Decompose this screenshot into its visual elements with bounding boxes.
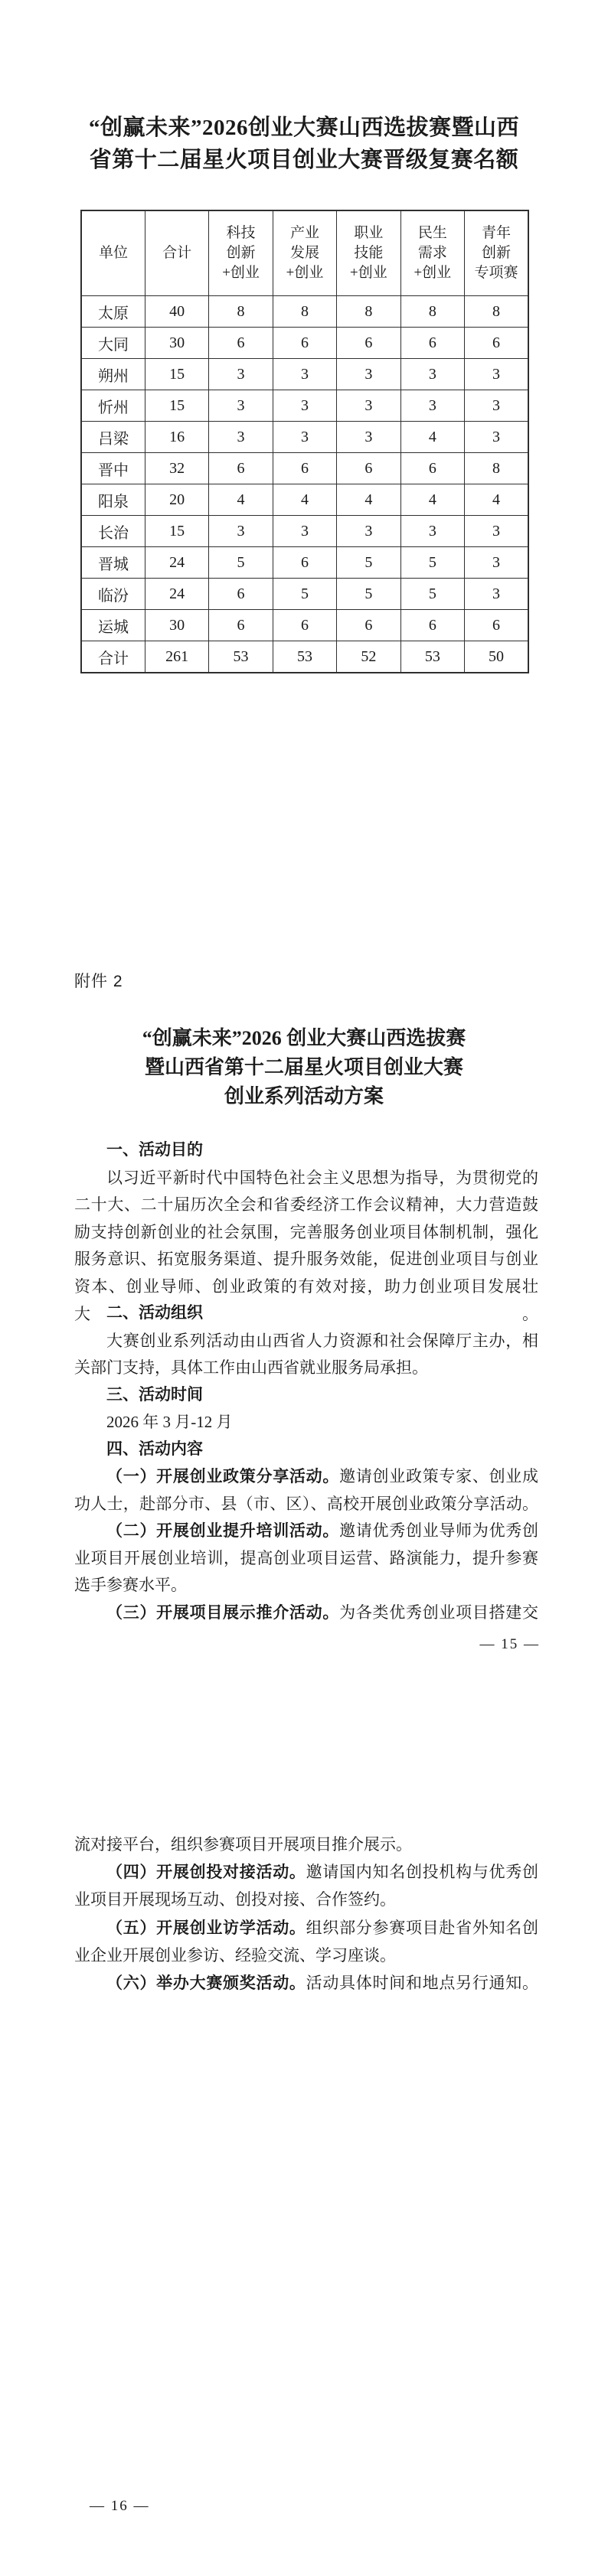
paragraph-text: 业企业开展创业参访、经验交流、学习座谈。 — [74, 1946, 396, 1965]
table-row: 忻州1533333 — [81, 390, 528, 422]
section-heading: 一、活动目的 — [74, 1136, 538, 1164]
table-row: 吕梁1633343 — [81, 422, 528, 453]
table-cell: 6 — [400, 328, 464, 359]
page-number-16: — 16 — — [90, 2498, 150, 2515]
table-cell: 5 — [400, 579, 464, 610]
table-cell: 大同 — [81, 328, 145, 359]
table-cell: 8 — [337, 296, 400, 328]
table-cell: 3 — [465, 516, 528, 547]
table-cell: 4 — [400, 422, 464, 453]
table-cell: 3 — [337, 422, 400, 453]
table-row: 长治1533333 — [81, 516, 528, 547]
table-cell: 长治 — [81, 516, 145, 547]
table-cell: 24 — [145, 547, 208, 579]
table-header-cell: 产业 发展 +创业 — [273, 210, 336, 296]
table-cell: 5 — [337, 547, 400, 579]
table-header-cell: 科技 创新 +创业 — [209, 210, 273, 296]
table-cell: 30 — [145, 328, 208, 359]
table-row: 大同3066666 — [81, 328, 528, 359]
table-cell: 5 — [209, 547, 273, 579]
attachment1-title-line2: 省第十二届星火项目创业大赛晋级复赛名额 — [0, 144, 608, 176]
table-cell: 太原 — [81, 296, 145, 328]
paragraph-lead-bold: （二）开展创业提升培训活动。 — [106, 1521, 339, 1540]
table-cell: 吕梁 — [81, 422, 145, 453]
body-line: 二十大、二十届历次全会和省委经济工作会议精神，大力营造鼓 — [74, 1191, 538, 1218]
table-cell: 3 — [273, 359, 336, 390]
table-cell: 8 — [465, 296, 528, 328]
table-cell: 3 — [400, 516, 464, 547]
body-line: 业项目开展创业培训，提高创业项目运营、路演能力，提升参赛 — [74, 1544, 538, 1572]
table-cell: 50 — [465, 641, 528, 673]
attachment2-title: “创赢未来”2026 创业大赛山西选拔赛 暨山西省第十二届星火项目创业大赛 创业… — [0, 1024, 608, 1111]
table-cell: 16 — [145, 422, 208, 453]
paragraph-text: 活动具体时间和地点另行通知。 — [306, 1974, 538, 1992]
body-line: （四）开展创投对接活动。邀请国内知名创投机构与优秀创 — [74, 1858, 538, 1886]
table-header-row: 单位合计科技 创新 +创业产业 发展 +创业职业 技能 +创业民生 需求 +创业… — [81, 210, 528, 296]
table-cell: 6 — [465, 328, 528, 359]
paragraph-text: 服务意识、拓宽服务渠道、提升服务效能，促进创业项目与创业 — [74, 1250, 538, 1268]
paragraph-text: 以习近平新时代中国特色社会主义思想为指导，为贯彻党的 — [106, 1169, 538, 1187]
table-cell: 52 — [337, 641, 400, 673]
table-row: 临汾2465553 — [81, 579, 528, 610]
quota-table-body: 太原4088888大同3066666朔州1533333忻州1533333吕梁16… — [81, 296, 528, 673]
paragraph-text: 选手参赛水平。 — [74, 1576, 187, 1594]
body-line: 资本、创业导师、创业政策的有效对接，助力创业项目发展壮大。 — [74, 1273, 538, 1300]
table-cell: 30 — [145, 610, 208, 641]
table-cell: 15 — [145, 359, 208, 390]
table-cell: 3 — [337, 516, 400, 547]
attachment2-title-line3: 创业系列活动方案 — [0, 1082, 608, 1111]
attachment2-title-line2: 暨山西省第十二届星火项目创业大赛 — [0, 1053, 608, 1082]
table-cell: 40 — [145, 296, 208, 328]
table-cell: 8 — [273, 296, 336, 328]
table-cell: 4 — [400, 484, 464, 516]
table-cell: 6 — [273, 547, 336, 579]
table-cell: 5 — [273, 579, 336, 610]
body-line: 业项目开展现场互动、创投对接、合作签约。 — [74, 1886, 538, 1913]
table-cell: 晋中 — [81, 453, 145, 484]
table-cell: 3 — [209, 422, 273, 453]
body-line: （五）开展创业访学活动。组织部分参赛项目赴省外知名创 — [74, 1914, 538, 1942]
paragraph-text: 关部门支持，具体工作由山西省就业服务局承担。 — [74, 1358, 428, 1377]
table-cell: 6 — [273, 453, 336, 484]
table-cell: 6 — [400, 453, 464, 484]
table-header-cell: 合计 — [145, 210, 208, 296]
paragraph-text: 邀请国内知名创投机构与优秀创 — [306, 1863, 538, 1881]
table-cell: 合计 — [81, 641, 145, 673]
table-cell: 53 — [273, 641, 336, 673]
table-cell: 3 — [209, 359, 273, 390]
table-header-cell: 民生 需求 +创业 — [400, 210, 464, 296]
table-cell: 3 — [400, 390, 464, 422]
table-cell: 6 — [400, 610, 464, 641]
table-header-cell: 职业 技能 +创业 — [337, 210, 400, 296]
paragraph-text: 流对接平台，组织参赛项目开展项目推介展示。 — [74, 1835, 412, 1854]
table-header-cell: 青年 创新 专项赛 — [465, 210, 528, 296]
table-cell: 3 — [465, 359, 528, 390]
paragraph-text: 业项目开展创业培训，提高创业项目运营、路演能力，提升参赛 — [74, 1549, 538, 1567]
table-cell: 朔州 — [81, 359, 145, 390]
table-cell: 24 — [145, 579, 208, 610]
paragraph-text: 功人士，赴部分市、县（市、区）、高校开展创业政策分享活动。 — [74, 1495, 538, 1513]
table-cell: 6 — [209, 328, 273, 359]
body-line: 2026 年 3 月-12 月 — [74, 1408, 538, 1436]
table-cell: 6 — [273, 610, 336, 641]
table-cell: 8 — [400, 296, 464, 328]
table-cell: 3 — [273, 422, 336, 453]
table-cell: 3 — [400, 359, 464, 390]
table-cell: 4 — [337, 484, 400, 516]
quota-table-head: 单位合计科技 创新 +创业产业 发展 +创业职业 技能 +创业民生 需求 +创业… — [81, 210, 528, 296]
table-cell: 6 — [465, 610, 528, 641]
section-heading: 三、活动时间 — [74, 1381, 538, 1409]
table-row: 阳泉2044444 — [81, 484, 528, 516]
paragraph-lead-bold: （一）开展创业政策分享活动。 — [106, 1467, 339, 1485]
body-line: （三）开展项目展示推介活动。为各类优秀创业项目搭建交 — [74, 1599, 538, 1626]
table-cell: 3 — [209, 390, 273, 422]
table-cell: 3 — [273, 390, 336, 422]
paragraph-lead-bold: （六）举办大赛颁奖活动。 — [106, 1974, 306, 1992]
paragraph-text: 为各类优秀创业项目搭建交 — [339, 1603, 538, 1622]
body-line: 业企业开展创业参访、经验交流、学习座谈。 — [74, 1942, 538, 1969]
body-line: 流对接平台，组织参赛项目开展项目推介展示。 — [74, 1831, 538, 1858]
table-cell: 5 — [400, 547, 464, 579]
paragraph-text: 组织部分参赛项目赴省外知名创 — [306, 1919, 538, 1937]
paragraph-text: 邀请创业政策专家、创业成 — [339, 1467, 538, 1485]
table-cell: 3 — [465, 390, 528, 422]
table-cell: 32 — [145, 453, 208, 484]
body-line: 以习近平新时代中国特色社会主义思想为指导，为贯彻党的 — [74, 1164, 538, 1192]
table-cell: 3 — [209, 516, 273, 547]
attachment1-title: “创赢未来”2026创业大赛山西选拔赛暨山西 省第十二届星火项目创业大赛晋级复赛… — [0, 112, 608, 176]
table-cell: 3 — [465, 547, 528, 579]
table-cell: 8 — [465, 453, 528, 484]
paragraph-text: 大赛创业系列活动由山西省人力资源和社会保障厅主办，相 — [106, 1332, 538, 1350]
table-cell: 3 — [273, 516, 336, 547]
paragraph-text: 业项目开展现场互动、创投对接、合作签约。 — [74, 1890, 396, 1909]
section-heading: 二、活动组织 — [74, 1299, 538, 1327]
table-cell: 3 — [465, 422, 528, 453]
table-cell: 临汾 — [81, 579, 145, 610]
table-cell: 3 — [465, 579, 528, 610]
page-number-15: — 15 — — [480, 1636, 541, 1653]
table-cell: 5 — [337, 579, 400, 610]
table-row: 太原4088888 — [81, 296, 528, 328]
table-cell: 晋城 — [81, 547, 145, 579]
attachment2-title-line1: “创赢未来”2026 创业大赛山西选拔赛 — [0, 1024, 608, 1053]
table-cell: 6 — [209, 610, 273, 641]
body-line: 功人士，赴部分市、县（市、区）、高校开展创业政策分享活动。 — [74, 1490, 538, 1518]
table-cell: 8 — [209, 296, 273, 328]
attachment2-label: 附件 2 — [74, 969, 123, 992]
table-cell: 3 — [337, 359, 400, 390]
table-cell: 6 — [273, 328, 336, 359]
paragraph-lead-bold: （四）开展创投对接活动。 — [106, 1863, 306, 1881]
table-cell: 4 — [273, 484, 336, 516]
table-cell: 20 — [145, 484, 208, 516]
table-header-cell: 单位 — [81, 210, 145, 296]
section-heading: 四、活动内容 — [74, 1436, 538, 1463]
attachment1-title-line1: “创赢未来”2026创业大赛山西选拔赛暨山西 — [0, 112, 608, 144]
table-cell: 6 — [337, 610, 400, 641]
document-canvas: “创赢未来”2026创业大赛山西选拔赛暨山西 省第十二届星火项目创业大赛晋级复赛… — [0, 0, 608, 2576]
table-cell: 6 — [337, 453, 400, 484]
table-cell: 阳泉 — [81, 484, 145, 516]
table-cell: 53 — [209, 641, 273, 673]
table-cell: 运城 — [81, 610, 145, 641]
body-line: 大赛创业系列活动由山西省人力资源和社会保障厅主办，相 — [74, 1327, 538, 1355]
table-cell: 6 — [337, 328, 400, 359]
table-cell: 4 — [465, 484, 528, 516]
table-cell: 261 — [145, 641, 208, 673]
body-line: 选手参赛水平。 — [74, 1571, 538, 1599]
body-line: 服务意识、拓宽服务渠道、提升服务效能，促进创业项目与创业 — [74, 1245, 538, 1273]
table-row: 晋城2456553 — [81, 547, 528, 579]
paragraph-text: 励支持创新创业的社会氛围，完善服务创业项目体制机制，强化 — [74, 1223, 538, 1241]
body-line: （一）开展创业政策分享活动。邀请创业政策专家、创业成 — [74, 1462, 538, 1490]
table-cell: 53 — [400, 641, 464, 673]
table-cell: 4 — [209, 484, 273, 516]
quota-table: 单位合计科技 创新 +创业产业 发展 +创业职业 技能 +创业民生 需求 +创业… — [80, 210, 529, 673]
body-line: 励支持创新创业的社会氛围，完善服务创业项目体制机制，强化 — [74, 1218, 538, 1246]
table-row: 晋中3266668 — [81, 453, 528, 484]
table-row: 运城3066666 — [81, 610, 528, 641]
table-cell: 6 — [209, 579, 273, 610]
table-cell: 3 — [337, 390, 400, 422]
paragraph-text: 邀请优秀创业导师为优秀创 — [339, 1521, 538, 1540]
table-cell: 6 — [209, 453, 273, 484]
table-cell: 15 — [145, 516, 208, 547]
paragraph-lead-bold: （五）开展创业访学活动。 — [106, 1919, 306, 1937]
table-cell: 15 — [145, 390, 208, 422]
body-line: 关部门支持，具体工作由山西省就业服务局承担。 — [74, 1354, 538, 1381]
body-line: （六）举办大赛颁奖活动。活动具体时间和地点另行通知。 — [74, 1969, 538, 1997]
table-cell: 忻州 — [81, 390, 145, 422]
table-row: 朔州1533333 — [81, 359, 528, 390]
paragraph-text: 二十大、二十届历次全会和省委经济工作会议精神，大力营造鼓 — [74, 1195, 538, 1214]
paragraph-lead-bold: （三）开展项目展示推介活动。 — [106, 1603, 339, 1622]
paragraph-text: 2026 年 3 月-12 月 — [106, 1413, 233, 1431]
table-row: 合计2615353525350 — [81, 641, 528, 673]
body-line: （二）开展创业提升培训活动。邀请优秀创业导师为优秀创 — [74, 1517, 538, 1544]
